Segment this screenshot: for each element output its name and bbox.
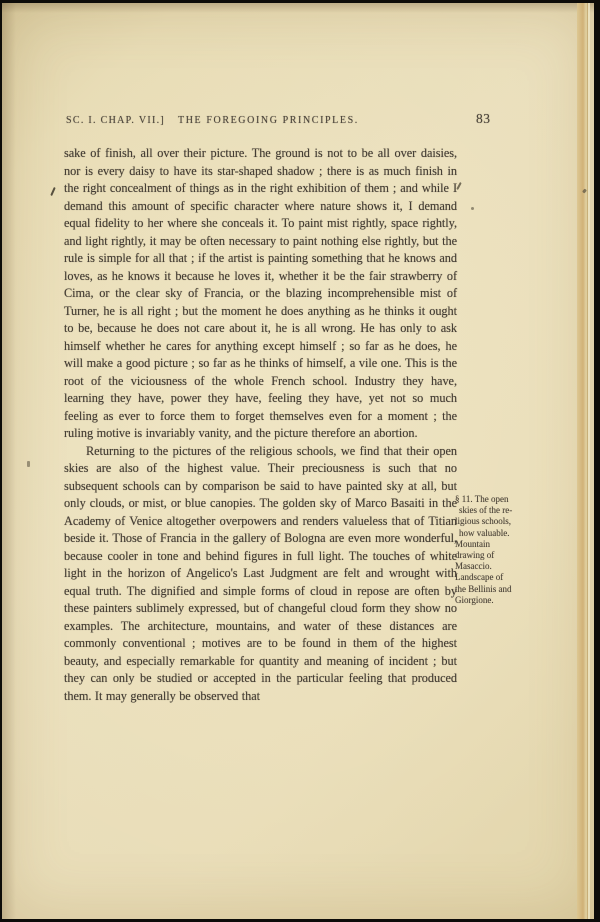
margin-note-line: skies of the re-	[455, 505, 529, 516]
page-top-shadow	[2, 3, 594, 13]
page-gutter-shadow	[2, 3, 16, 919]
paragraph: Returning to the pictures of the religio…	[64, 443, 457, 706]
body-text-column: sake of finish, all over their picture. …	[64, 145, 457, 705]
margin-note-line: Mountain	[455, 539, 529, 550]
book-page-scan: SC. I. CHAP. VII.] THE FOREGOING PRINCIP…	[0, 0, 600, 922]
page-edge-band	[577, 3, 588, 919]
ink-speck	[97, 428, 99, 430]
margin-note-line: drawing of	[455, 550, 529, 561]
ink-speck	[471, 207, 474, 210]
page-number: 83	[476, 111, 491, 127]
paragraph: sake of finish, all over their picture. …	[64, 145, 457, 443]
margin-note: § 11. The openskies of the re-ligious sc…	[455, 494, 529, 606]
page-edge-highlight	[588, 3, 590, 919]
margin-note-line: how valuable.	[455, 528, 529, 539]
margin-note-line: § 11. The open	[455, 494, 529, 505]
paper-page: SC. I. CHAP. VII.] THE FOREGOING PRINCIP…	[2, 3, 594, 919]
margin-note-line: ligious schools,	[455, 516, 529, 527]
ink-speck	[50, 187, 55, 196]
margin-note-line: Giorgione.	[455, 595, 529, 606]
margin-note-line: Masaccio.	[455, 561, 529, 572]
ink-speck	[456, 182, 462, 190]
margin-note-line: the Bellinis and	[455, 584, 529, 595]
margin-note-line: Landscape of	[455, 572, 529, 583]
running-header-section: SC. I. CHAP. VII.]	[66, 115, 165, 126]
ink-speck	[27, 461, 30, 467]
running-header-title: THE FOREGOING PRINCIPLES.	[178, 115, 359, 126]
